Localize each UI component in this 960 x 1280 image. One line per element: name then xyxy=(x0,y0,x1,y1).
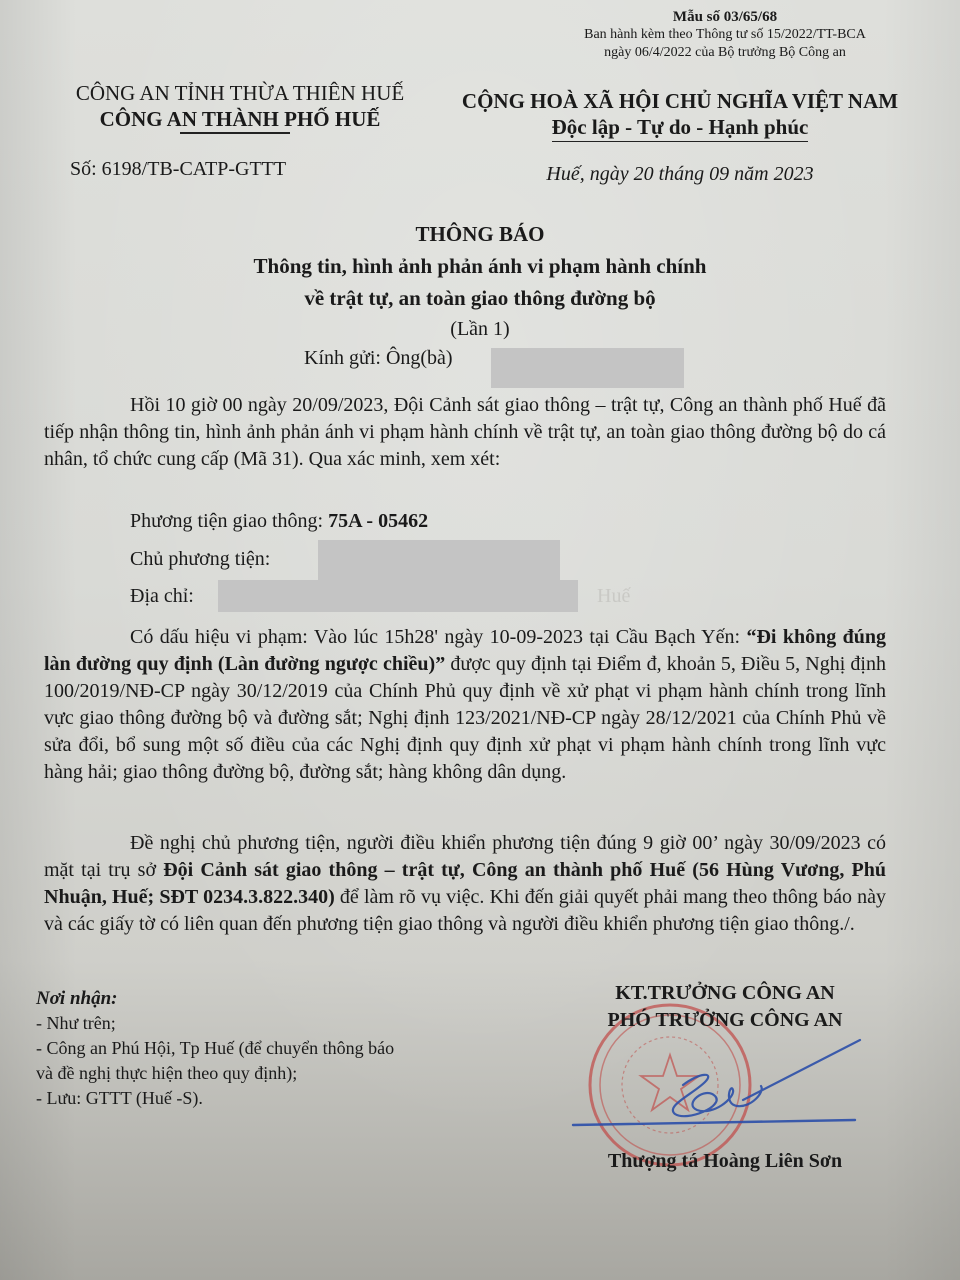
title-main: THÔNG BÁO xyxy=(120,218,840,250)
recipient-redaction xyxy=(491,348,684,388)
recipient-item: - Như trên; xyxy=(36,1011,394,1036)
national-header: CỘNG HOÀ XÃ HỘI CHỦ NGHĨA VIỆT NAM Độc l… xyxy=(420,88,940,142)
agency-header: CÔNG AN TỈNH THỪA THIÊN HUẾ CÔNG AN THÀN… xyxy=(20,80,460,134)
notice-turn: (Lần 1) xyxy=(120,318,840,341)
agency-name: CÔNG AN THÀNH PHỐ HUẾ xyxy=(20,106,460,132)
recipient-label: Kính gửi: Ông(bà) xyxy=(304,347,453,369)
document-number: Số: 6198/TB-CATP-GTTT xyxy=(70,158,286,181)
request-paragraph: Đề nghị chủ phương tiện, người điều khiể… xyxy=(44,830,886,938)
agency-underline xyxy=(180,132,290,134)
owner-label: Chủ phương tiện: xyxy=(130,548,270,570)
owner-redaction xyxy=(318,540,560,582)
form-issued-with: Ban hành kèm theo Thông tư số 15/2022/TT… xyxy=(560,26,890,44)
address-label: Địa chỉ: xyxy=(130,585,194,607)
intro-paragraph: Hồi 10 giờ 00 ngày 20/09/2023, Đội Cảnh … xyxy=(44,392,886,473)
vehicle-owner-field: Chủ phương tiện: xyxy=(130,548,270,571)
vehicle-plate-field: Phương tiện giao thông: 75A - 05462 xyxy=(130,510,428,533)
violation-lead: Có dấu hiệu vi phạm: Vào lúc 15h28' ngày… xyxy=(130,626,740,648)
signature-line-1: KT.TRƯỞNG CÔNG AN xyxy=(560,980,890,1007)
form-number: Mẫu số 03/65/68 xyxy=(560,8,890,26)
plate-label: Phương tiện giao thông: xyxy=(130,510,323,532)
recipients-list: Nơi nhận: - Như trên; - Công an Phú Hội,… xyxy=(36,986,394,1111)
document-title: THÔNG BÁO Thông tin, hình ảnh phản ánh v… xyxy=(120,218,840,314)
recipient-item: và đề nghị thực hiện theo quy định); xyxy=(36,1061,394,1086)
plate-value: 75A - 05462 xyxy=(328,510,428,532)
title-line-1: Thông tin, hình ảnh phản ánh vi phạm hàn… xyxy=(120,250,840,282)
national-motto: Độc lập - Tự do - Hạnh phúc xyxy=(552,114,809,142)
agency-parent: CÔNG AN TỈNH THỪA THIÊN HUẾ xyxy=(20,80,460,106)
recipients-heading: Nơi nhận: xyxy=(36,986,394,1011)
violation-paragraph: Có dấu hiệu vi phạm: Vào lúc 15h28' ngày… xyxy=(44,624,886,786)
date-line: Huế, ngày 20 tháng 09 năm 2023 xyxy=(420,163,940,186)
recipient-item: - Lưu: GTTT (Huế -S). xyxy=(36,1086,394,1111)
vehicle-address-field: Địa chỉ: xyxy=(130,585,194,608)
signer-name: Thượng tá Hoàng Liên Sơn xyxy=(560,1150,890,1173)
handwritten-signature-icon xyxy=(565,1010,885,1150)
recipient-line: Kính gửi: Ông(bà) xyxy=(304,347,453,370)
form-reference: Mẫu số 03/65/68 Ban hành kèm theo Thông … xyxy=(560,8,890,62)
address-suffix: Huế xyxy=(597,585,630,608)
intro-text: Hồi 10 giờ 00 ngày 20/09/2023, Đội Cảnh … xyxy=(44,394,886,470)
country-name: CỘNG HOÀ XÃ HỘI CHỦ NGHĨA VIỆT NAM xyxy=(420,88,940,114)
recipient-item: - Công an Phú Hội, Tp Huế (để chuyển thô… xyxy=(36,1036,394,1061)
form-issued-date: ngày 06/4/2022 của Bộ trưởng Bộ Công an xyxy=(560,44,890,62)
title-line-2: về trật tự, an toàn giao thông đường bộ xyxy=(120,282,840,314)
address-redaction xyxy=(218,580,578,612)
